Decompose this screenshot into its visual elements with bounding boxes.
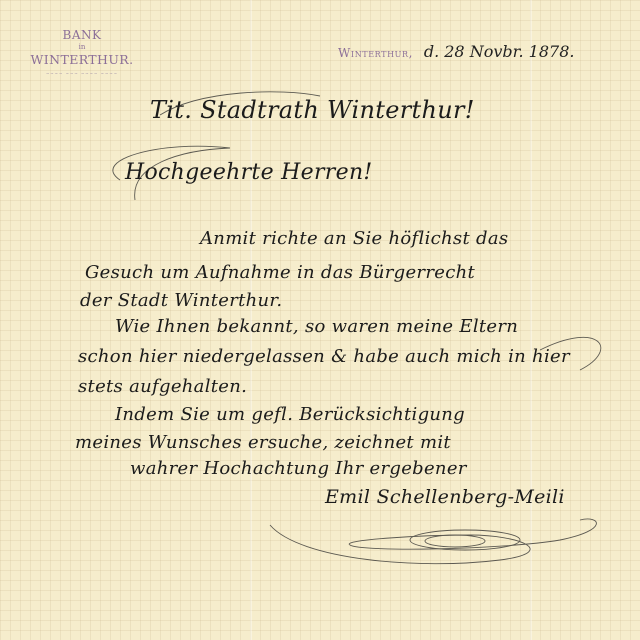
salutation: Hochgeehrte Herren! xyxy=(125,160,373,185)
letterhead-bank: BANK xyxy=(22,28,142,42)
letterhead: BANK in WINTERTHUR. ~~~~ ~~~ ~~~~ ~~~~ xyxy=(22,28,142,76)
dateline-date: d. 28 Novbr. 1878. xyxy=(424,42,575,61)
body-line: Anmit richte an Sie höflichst das xyxy=(200,228,508,249)
dateline: Winterthur, d. 28 Novbr. 1878. xyxy=(338,42,574,61)
body-line: meines Wunsches ersuche, zeichnet mit xyxy=(75,432,451,453)
letterhead-small-print: ~~~~ ~~~ ~~~~ ~~~~ xyxy=(22,71,142,76)
body-line: stets aufgehalten. xyxy=(78,376,247,397)
body-line: Indem Sie um gefl. Berücksichtigung xyxy=(115,404,465,425)
body-line: Gesuch um Aufnahme in das Bürgerrecht xyxy=(85,262,475,283)
body-line: wahrer Hochachtung Ihr ergebener xyxy=(130,458,467,479)
letterhead-city: WINTERTHUR. xyxy=(22,52,142,67)
paper-fold xyxy=(530,0,532,640)
body-line: Wie Ihnen bekannt, so waren meine Eltern xyxy=(115,316,518,337)
signature: Emil Schellenberg-Meili xyxy=(325,486,565,508)
letterhead-in: in xyxy=(22,43,142,51)
address-line: Tit. Stadtrath Winterthur! xyxy=(150,96,475,124)
dateline-place: Winterthur, xyxy=(338,46,413,60)
body-line: der Stadt Winterthur. xyxy=(80,290,282,311)
body-line: schon hier niedergelassen & habe auch mi… xyxy=(78,346,570,367)
